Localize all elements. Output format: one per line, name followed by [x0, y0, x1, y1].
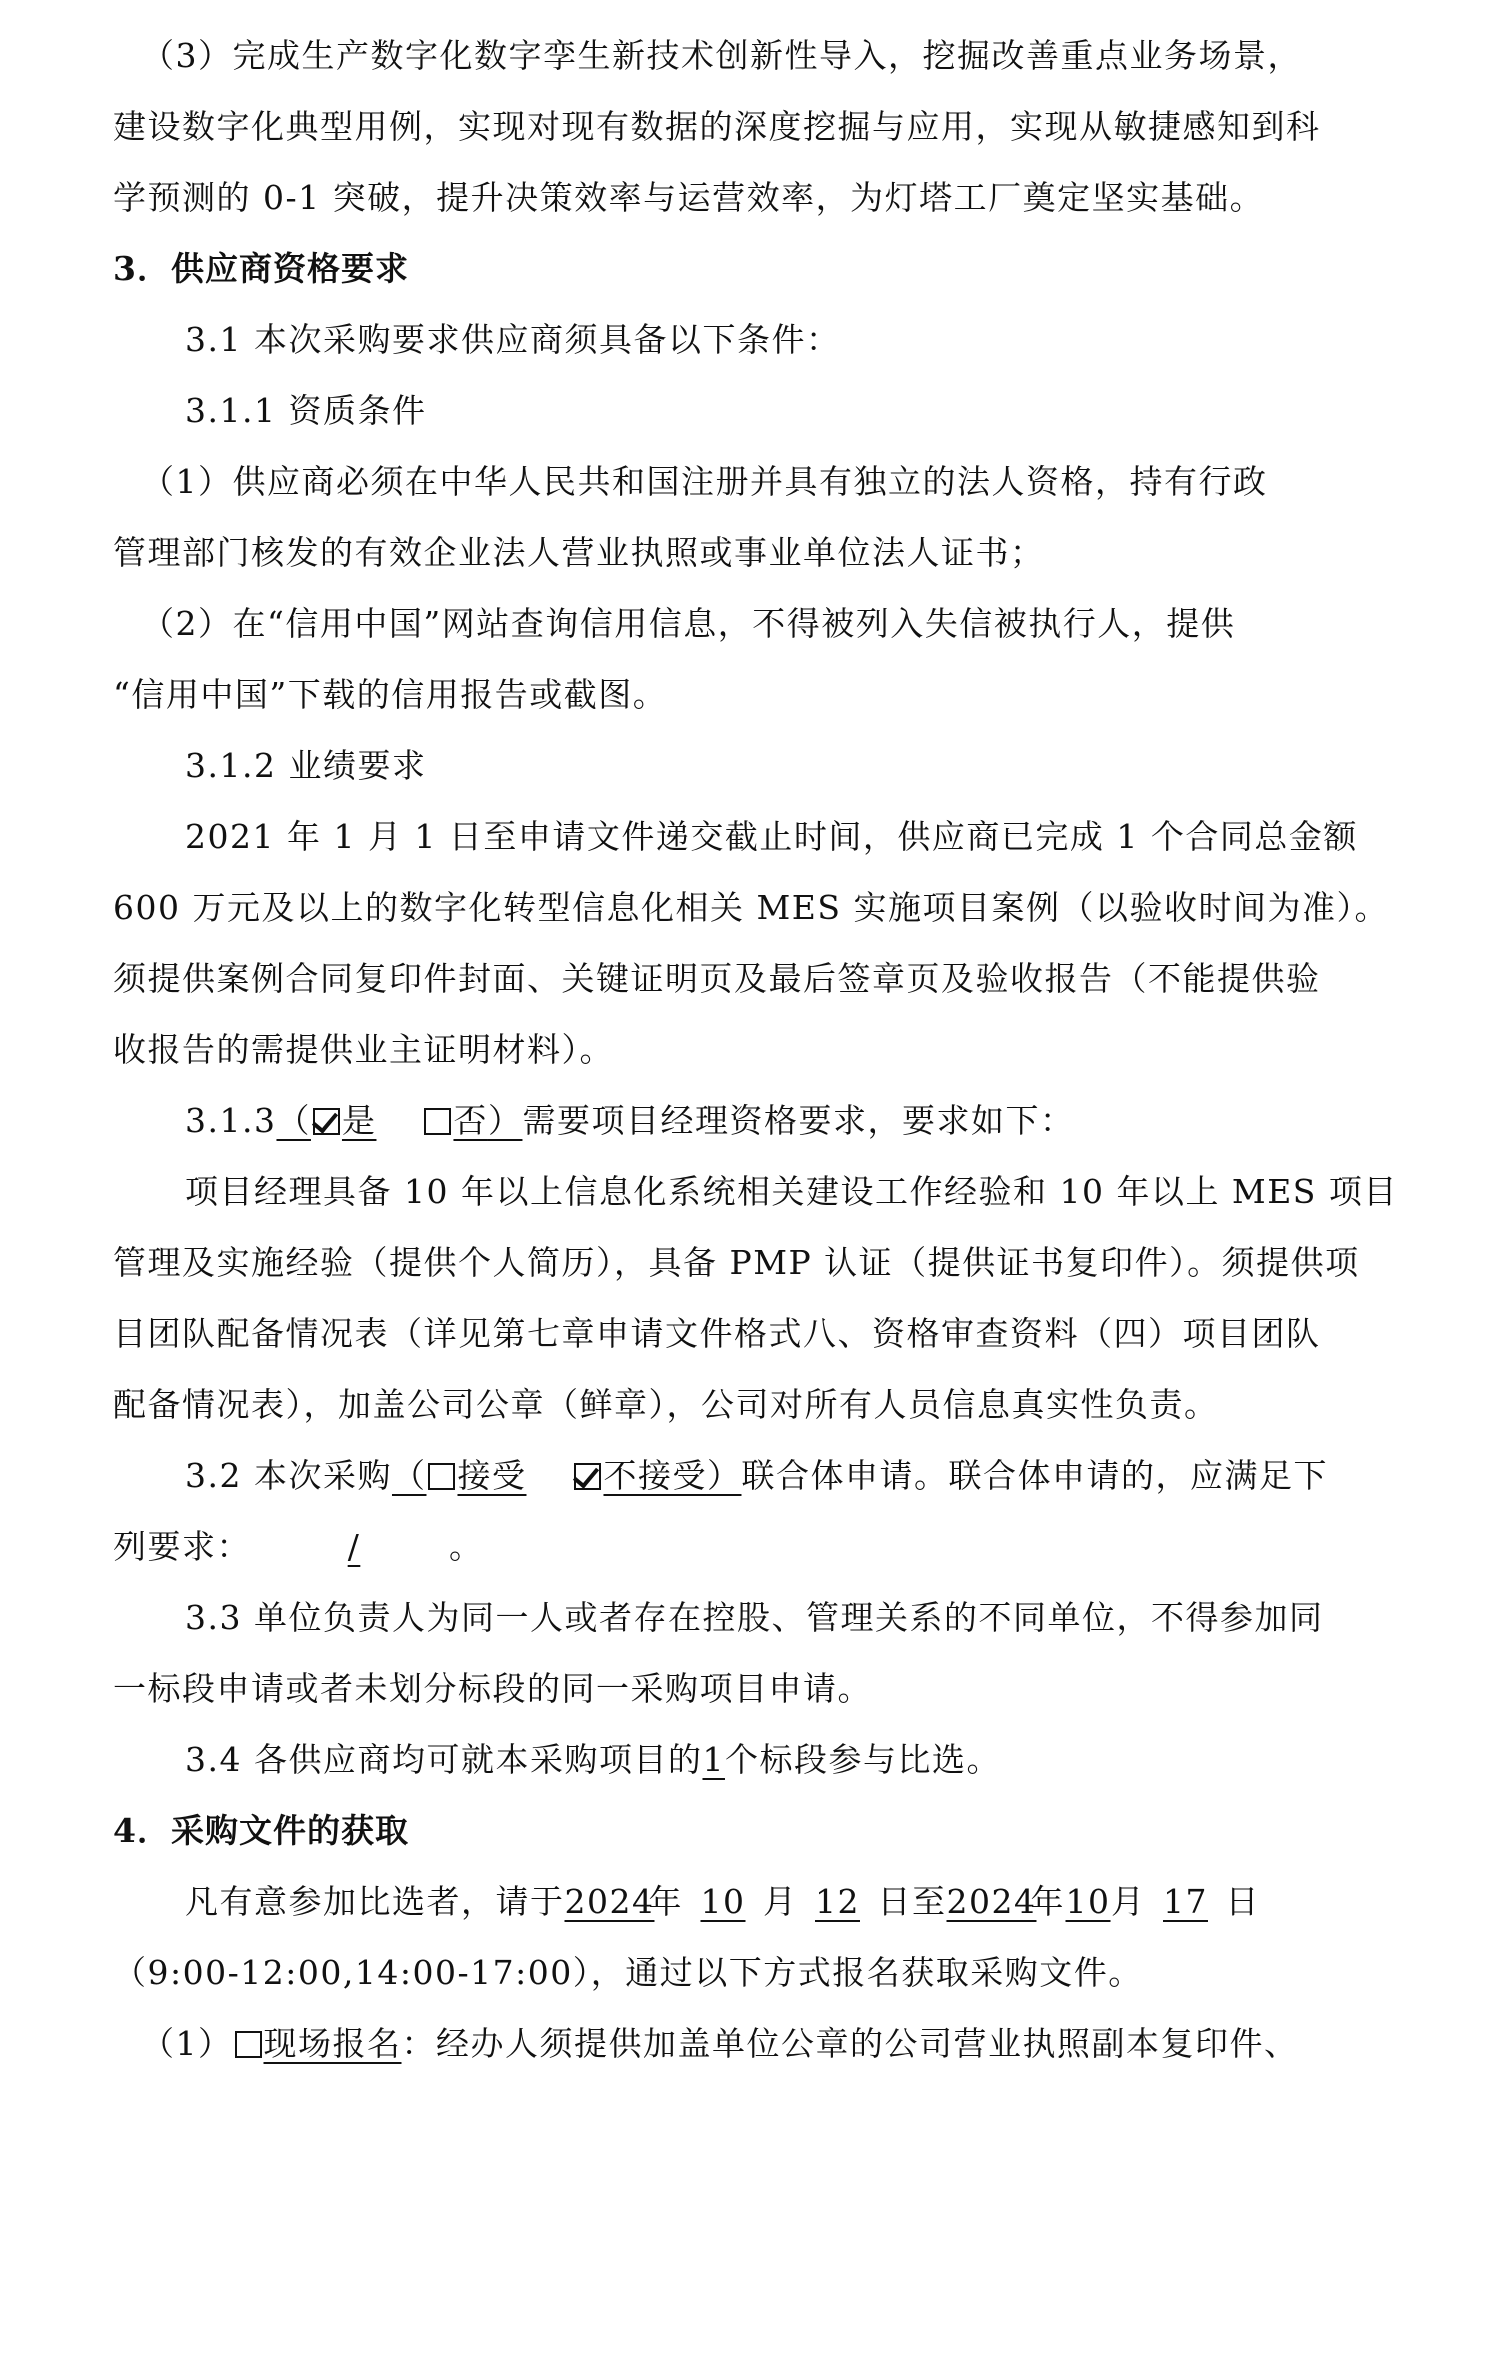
end-month-field[interactable]: 10: [1065, 1866, 1111, 1937]
option-no-label: 否: [453, 1101, 488, 1140]
month-label: 月: [763, 1882, 798, 1921]
section3-1: 3.1 本次采购要求供应商须具备以下条件：: [113, 304, 1385, 375]
performance-line-1: 2021 年 1 月 1 日至申请文件递交截止时间，供应商已完成 1 个合同总金…: [113, 801, 1385, 872]
onsite-registration-option: 现场报名: [233, 2024, 402, 2063]
method1-prefix: （1）: [141, 2024, 233, 2063]
registration-hours: （9:00-12:00,14:00-17:00），通过以下方式报名获取采购文件。: [113, 1937, 1385, 2008]
method1-suffix: ：经办人须提供加盖单位公章的公司营业执照副本复印件、: [402, 2024, 1299, 2063]
start-day-field[interactable]: 12: [798, 1866, 878, 1937]
day-label: 日: [1226, 1882, 1261, 1921]
open-paren: （: [276, 1101, 311, 1140]
end-year-field[interactable]: 2024: [947, 1866, 1031, 1937]
section3-2-line-2: 列要求：/。: [113, 1511, 1385, 1582]
requirements-blank-field[interactable]: /: [259, 1511, 449, 1582]
section3-3-line-1: 3.3 单位负责人为同一人或者存在控股、管理关系的不同单位，不得参加同: [113, 1582, 1385, 1653]
qualification-item-2-line-2: “信用中国”下载的信用报告或截图。: [113, 659, 1385, 730]
registration-method-1: （1）现场报名：经办人须提供加盖单位公章的公司营业执照副本复印件、: [113, 2008, 1385, 2079]
checkbox-no-icon[interactable]: [424, 1108, 451, 1135]
section3-2-prefix: 3.2 本次采购: [185, 1456, 392, 1495]
year-label: 年: [1031, 1882, 1066, 1921]
item3-line-3: 学预测的 0-1 突破，提升决策效率与运营效率，为灯塔工厂奠定坚实基础。: [113, 162, 1385, 233]
section3-3-line-2: 一标段申请或者未划分标段的同一采购项目申请。: [113, 1653, 1385, 1724]
section3-1-3: 3.1.3（是否）需要项目经理资格要求，要求如下：: [113, 1085, 1385, 1156]
pm-line-3: 目团队配备情况表（详见第七章申请文件格式八、资格审查资料（四）项目团队: [113, 1298, 1385, 1369]
open-paren: （: [392, 1456, 427, 1495]
close-paren: ）: [488, 1101, 523, 1140]
pm-line-4: 配备情况表），加盖公司公章（鲜章），公司对所有人员信息真实性负责。: [113, 1369, 1385, 1440]
option-yes-label: 是: [342, 1101, 377, 1140]
month-label: 月: [1111, 1882, 1146, 1921]
consortium-choice: （接受不接受）: [392, 1456, 742, 1495]
pm-requirement-choice: （是否）: [276, 1101, 522, 1140]
section3-1-1-title: 3.1.1 资质条件: [113, 375, 1385, 446]
checkbox-onsite-icon[interactable]: [235, 2031, 262, 2058]
pm-line-1: 项目经理具备 10 年以上信息化系统相关建设工作经验和 10 年以上 MES 项…: [113, 1156, 1385, 1227]
option-accept-label: 接受: [457, 1456, 526, 1495]
section3-1-3-suffix: 需要项目经理资格要求，要求如下：: [522, 1101, 1074, 1140]
registration-dates: 凡有意参加比选者，请于2024年10月12日至2024年10月17日: [113, 1866, 1385, 1937]
section3-4-suffix: 个标段参与比选。: [725, 1740, 1001, 1779]
close-paren: ）: [707, 1456, 742, 1495]
onsite-registration-label: 现场报名: [264, 2024, 402, 2063]
performance-line-4: 收报告的需提供业主证明材料）。: [113, 1014, 1385, 1085]
performance-line-3: 须提供案例合同复印件封面、关键证明页及最后签章页及验收报告（不能提供验: [113, 943, 1385, 1014]
qualification-item-2-line-1: （2）在“信用中国”网站查询信用信息，不得被列入失信被执行人，提供: [113, 588, 1385, 659]
section3-2-suffix: 联合体申请。联合体申请的，应满足下: [741, 1456, 1328, 1495]
option-reject-label: 不接受: [603, 1456, 707, 1495]
checkbox-reject-checked-icon[interactable]: [574, 1463, 601, 1490]
section3-1-3-prefix: 3.1.3: [185, 1101, 276, 1140]
checkbox-accept-icon[interactable]: [428, 1463, 455, 1490]
day-to-label: 日至: [878, 1882, 947, 1921]
qualification-item-1-line-2: 管理部门核发的有效企业法人营业执照或事业单位法人证书；: [113, 517, 1385, 588]
dates-prefix: 凡有意参加比选者，请于: [185, 1882, 565, 1921]
end-day-field[interactable]: 17: [1146, 1866, 1226, 1937]
item3-line-2: 建设数字化典型用例，实现对现有数据的深度挖掘与应用，实现从敏捷感知到科: [113, 91, 1385, 162]
section3-2: 3.2 本次采购（接受不接受）联合体申请。联合体申请的，应满足下: [113, 1440, 1385, 1511]
section3-4: 3.4 各供应商均可就本采购项目的1个标段参与比选。: [113, 1724, 1385, 1795]
start-year-field[interactable]: 2024: [565, 1866, 649, 1937]
section3-heading: 3．供应商资格要求: [113, 233, 1385, 304]
year-label: 年: [649, 1882, 684, 1921]
pm-line-2: 管理及实施经验（提供个人简历），具备 PMP 认证（提供证书复印件）。须提供项: [113, 1227, 1385, 1298]
checkbox-yes-checked-icon[interactable]: [313, 1108, 340, 1135]
start-month-field[interactable]: 10: [683, 1866, 763, 1937]
performance-line-2: 600 万元及以上的数字化转型信息化相关 MES 实施项目案例（以验收时间为准）…: [113, 872, 1385, 943]
section3-4-prefix: 3.4 各供应商均可就本采购项目的: [185, 1740, 702, 1779]
item3-line-1: （3）完成生产数字化数字孪生新技术创新性导入，挖掘改善重点业务场景，: [113, 20, 1385, 91]
lot-count: 1: [702, 1740, 725, 1779]
period: 。: [449, 1527, 484, 1566]
section4-heading: 4．采购文件的获取: [113, 1795, 1385, 1866]
qualification-item-1-line-1: （1）供应商必须在中华人民共和国注册并具有独立的法人资格，持有行政: [113, 446, 1385, 517]
document-page: （3）完成生产数字化数字孪生新技术创新性导入，挖掘改善重点业务场景， 建设数字化…: [113, 20, 1385, 2079]
section3-1-2-title: 3.1.2 业绩要求: [113, 730, 1385, 801]
requirements-label: 列要求：: [113, 1527, 251, 1566]
